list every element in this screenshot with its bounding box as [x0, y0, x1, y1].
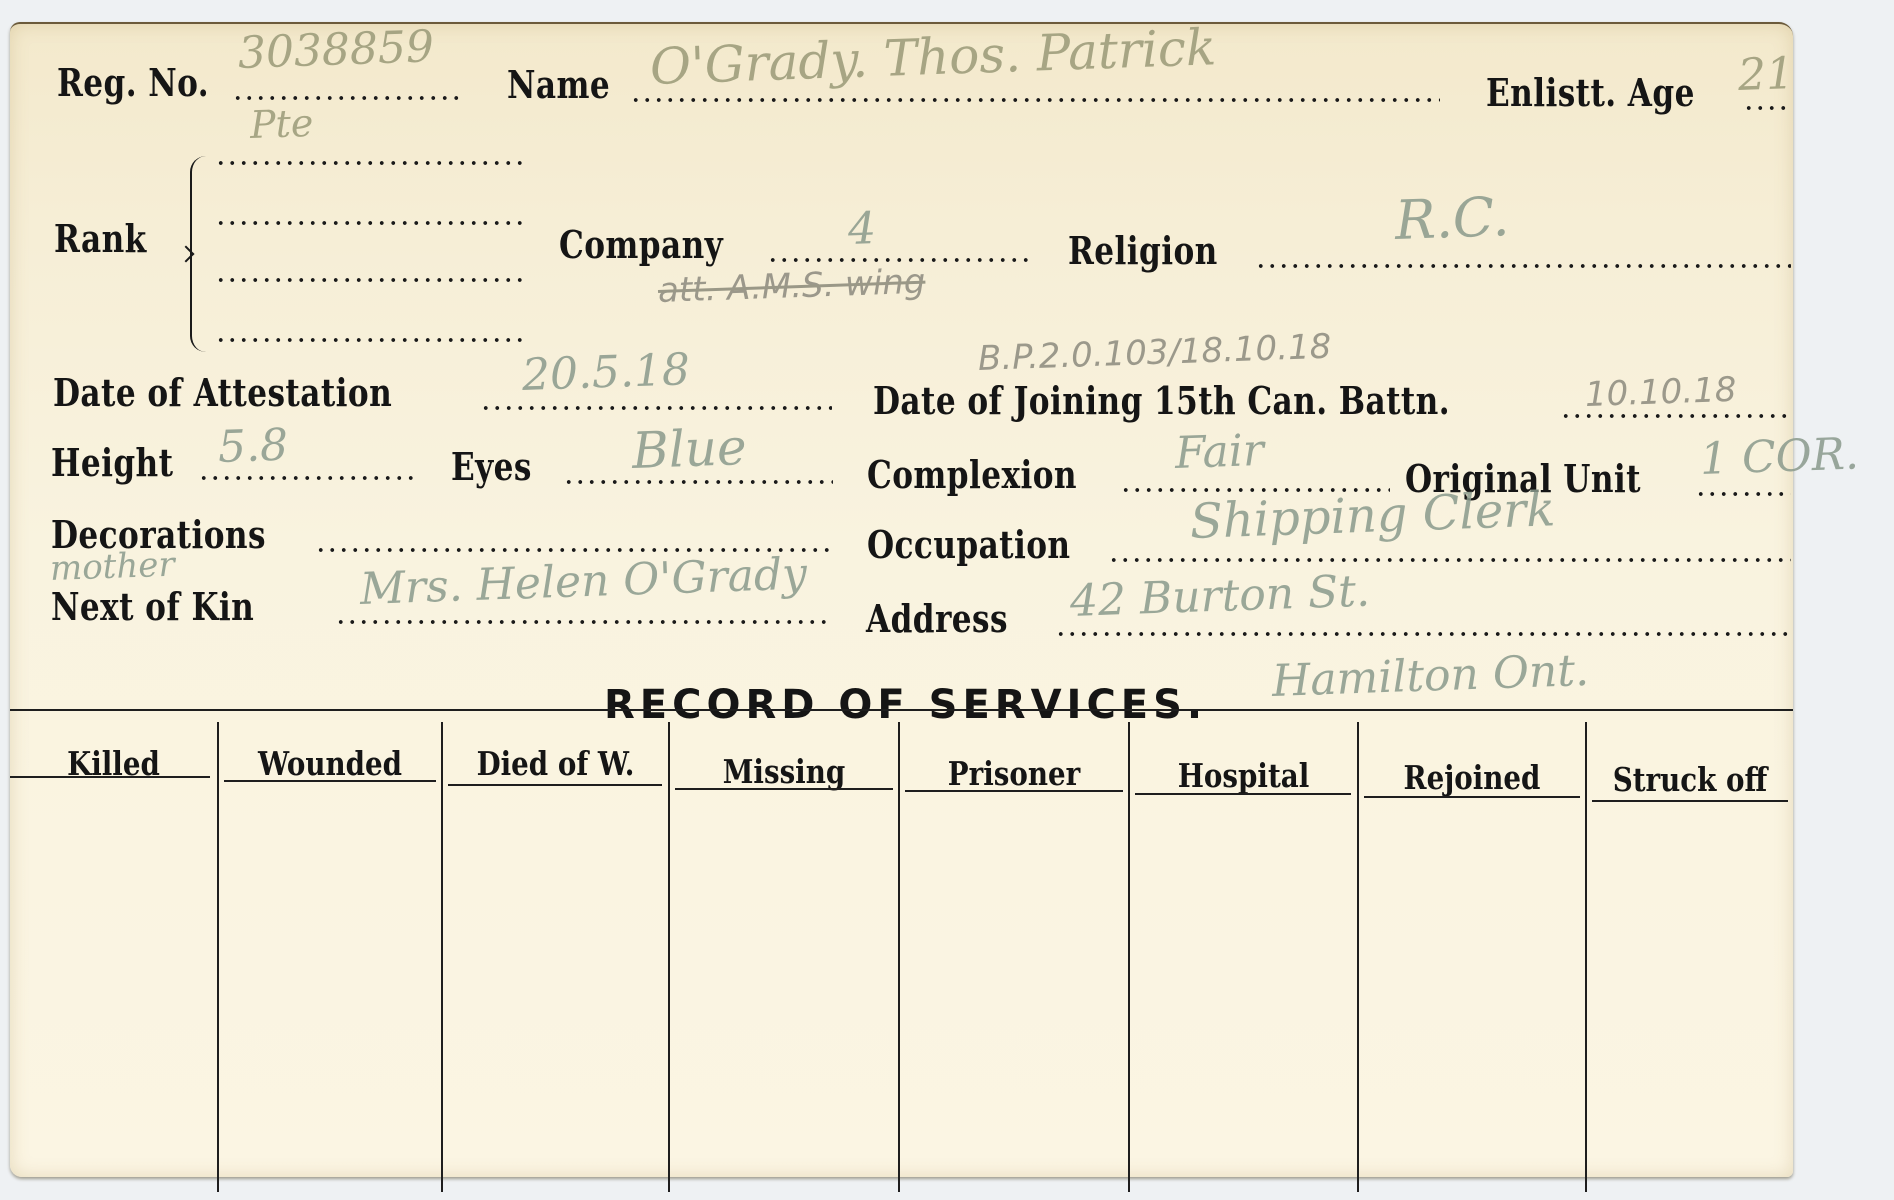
- eyes-value[interactable]: Blue: [631, 422, 747, 476]
- joining-annotation: B.P.2.0.103/18.10.18: [977, 330, 1331, 376]
- height-value[interactable]: 5.8: [217, 424, 288, 470]
- next-of-kin-relation: mother: [49, 548, 175, 586]
- height-label: Height: [51, 444, 173, 482]
- name-value[interactable]: O'Grady. Thos. Patrick: [649, 22, 1217, 92]
- address-line2[interactable]: Hamilton Ont.: [1271, 649, 1589, 704]
- table-top-rule: [10, 709, 1793, 711]
- header-underline: [1592, 800, 1788, 802]
- name-label: Name: [507, 66, 610, 104]
- header-underline: [675, 788, 893, 790]
- company-dotted-line: [767, 258, 1029, 262]
- header-underline: [1135, 793, 1351, 795]
- column-header-wounded: Wounded: [237, 744, 423, 783]
- rank-brace: [190, 156, 210, 352]
- cell-prisoner[interactable]: [900, 804, 1128, 1189]
- company-value[interactable]: 4: [847, 207, 877, 252]
- occupation-dotted-line: [1108, 558, 1791, 562]
- original-unit-dotted-line: [1695, 492, 1791, 496]
- religion-value[interactable]: R.C.: [1394, 190, 1510, 248]
- height-dotted-line: [198, 476, 418, 480]
- reg-no-value[interactable]: 3038859: [237, 25, 434, 76]
- cell-rejoined[interactable]: [1359, 804, 1585, 1189]
- column-header-missing: Missing: [688, 752, 880, 791]
- date-of-joining-value[interactable]: 10.10.18: [1584, 373, 1737, 412]
- next-of-kin-dotted-line: [335, 620, 833, 624]
- reg-no-label: Reg. No.: [57, 64, 209, 102]
- religion-dotted-line: [1255, 264, 1791, 268]
- address-value[interactable]: 42 Burton St.: [1069, 570, 1370, 624]
- age-dotted-line: [1743, 106, 1791, 110]
- column-header-prisoner: Prisoner: [918, 754, 1110, 793]
- date-of-attestation-label: Date of Attestation: [53, 374, 392, 412]
- header-underline: [448, 784, 662, 786]
- cell-wounded[interactable]: [219, 804, 441, 1189]
- company-label: Company: [559, 226, 723, 264]
- column-header-rejoined: Rejoined: [1377, 758, 1567, 797]
- complexion-label: Complexion: [867, 456, 1077, 494]
- service-record-card: Reg. No. 3038859 Name O'Grady. Thos. Pat…: [10, 22, 1793, 1177]
- company-struck-note: att. A.M.S. wing: [657, 265, 926, 308]
- cell-missing[interactable]: [670, 804, 898, 1189]
- column-header-hospital: Hospital: [1148, 756, 1339, 795]
- occupation-value[interactable]: Shipping Clerk: [1189, 485, 1556, 546]
- enlistment-age-label: Enlistt. Age: [1486, 74, 1695, 112]
- header-underline: [10, 776, 210, 778]
- eyes-dotted-line: [563, 480, 833, 484]
- column-header-died-of-wounds: Died of W.: [461, 744, 650, 783]
- address-label: Address: [866, 600, 1008, 638]
- attestation-dotted-line: [480, 406, 832, 410]
- column-header-struck-off: Struck off: [1603, 760, 1776, 799]
- rank-label: Rank: [54, 220, 147, 258]
- original-unit-value[interactable]: 1 COR.: [1699, 432, 1859, 482]
- religion-label: Religion: [1068, 232, 1218, 270]
- rank-value[interactable]: Pte: [249, 104, 314, 144]
- rank-line-1: [215, 161, 523, 165]
- header-underline: [224, 780, 436, 782]
- occupation-label: Occupation: [867, 526, 1071, 564]
- name-dotted-line: [630, 98, 1440, 102]
- next-of-kin-label: Next of Kin: [51, 588, 254, 626]
- next-of-kin-value[interactable]: Mrs. Helen O'Grady: [359, 552, 807, 612]
- rank-line-4: [215, 338, 523, 342]
- complexion-value[interactable]: Fair: [1174, 429, 1264, 476]
- cell-died-of-wounds[interactable]: [443, 804, 668, 1189]
- cell-hospital[interactable]: [1130, 804, 1357, 1189]
- rank-line-3: [215, 278, 523, 282]
- record-title: RECORD OF SERVICES.: [604, 682, 1207, 728]
- enlistment-age-value[interactable]: 21: [1737, 52, 1795, 98]
- header-underline: [905, 790, 1123, 792]
- eyes-label: Eyes: [451, 448, 532, 486]
- rank-line-2: [215, 221, 523, 225]
- date-of-joining-label: Date of Joining 15th Can. Battn.: [873, 382, 1450, 420]
- date-of-attestation-value[interactable]: 20.5.18: [521, 348, 690, 398]
- cell-struck-off[interactable]: [1587, 804, 1793, 1189]
- header-underline: [1364, 796, 1580, 798]
- cell-killed[interactable]: [10, 804, 217, 1189]
- reg-no-dotted-line: [232, 96, 464, 100]
- address-dotted-line: [1055, 632, 1791, 636]
